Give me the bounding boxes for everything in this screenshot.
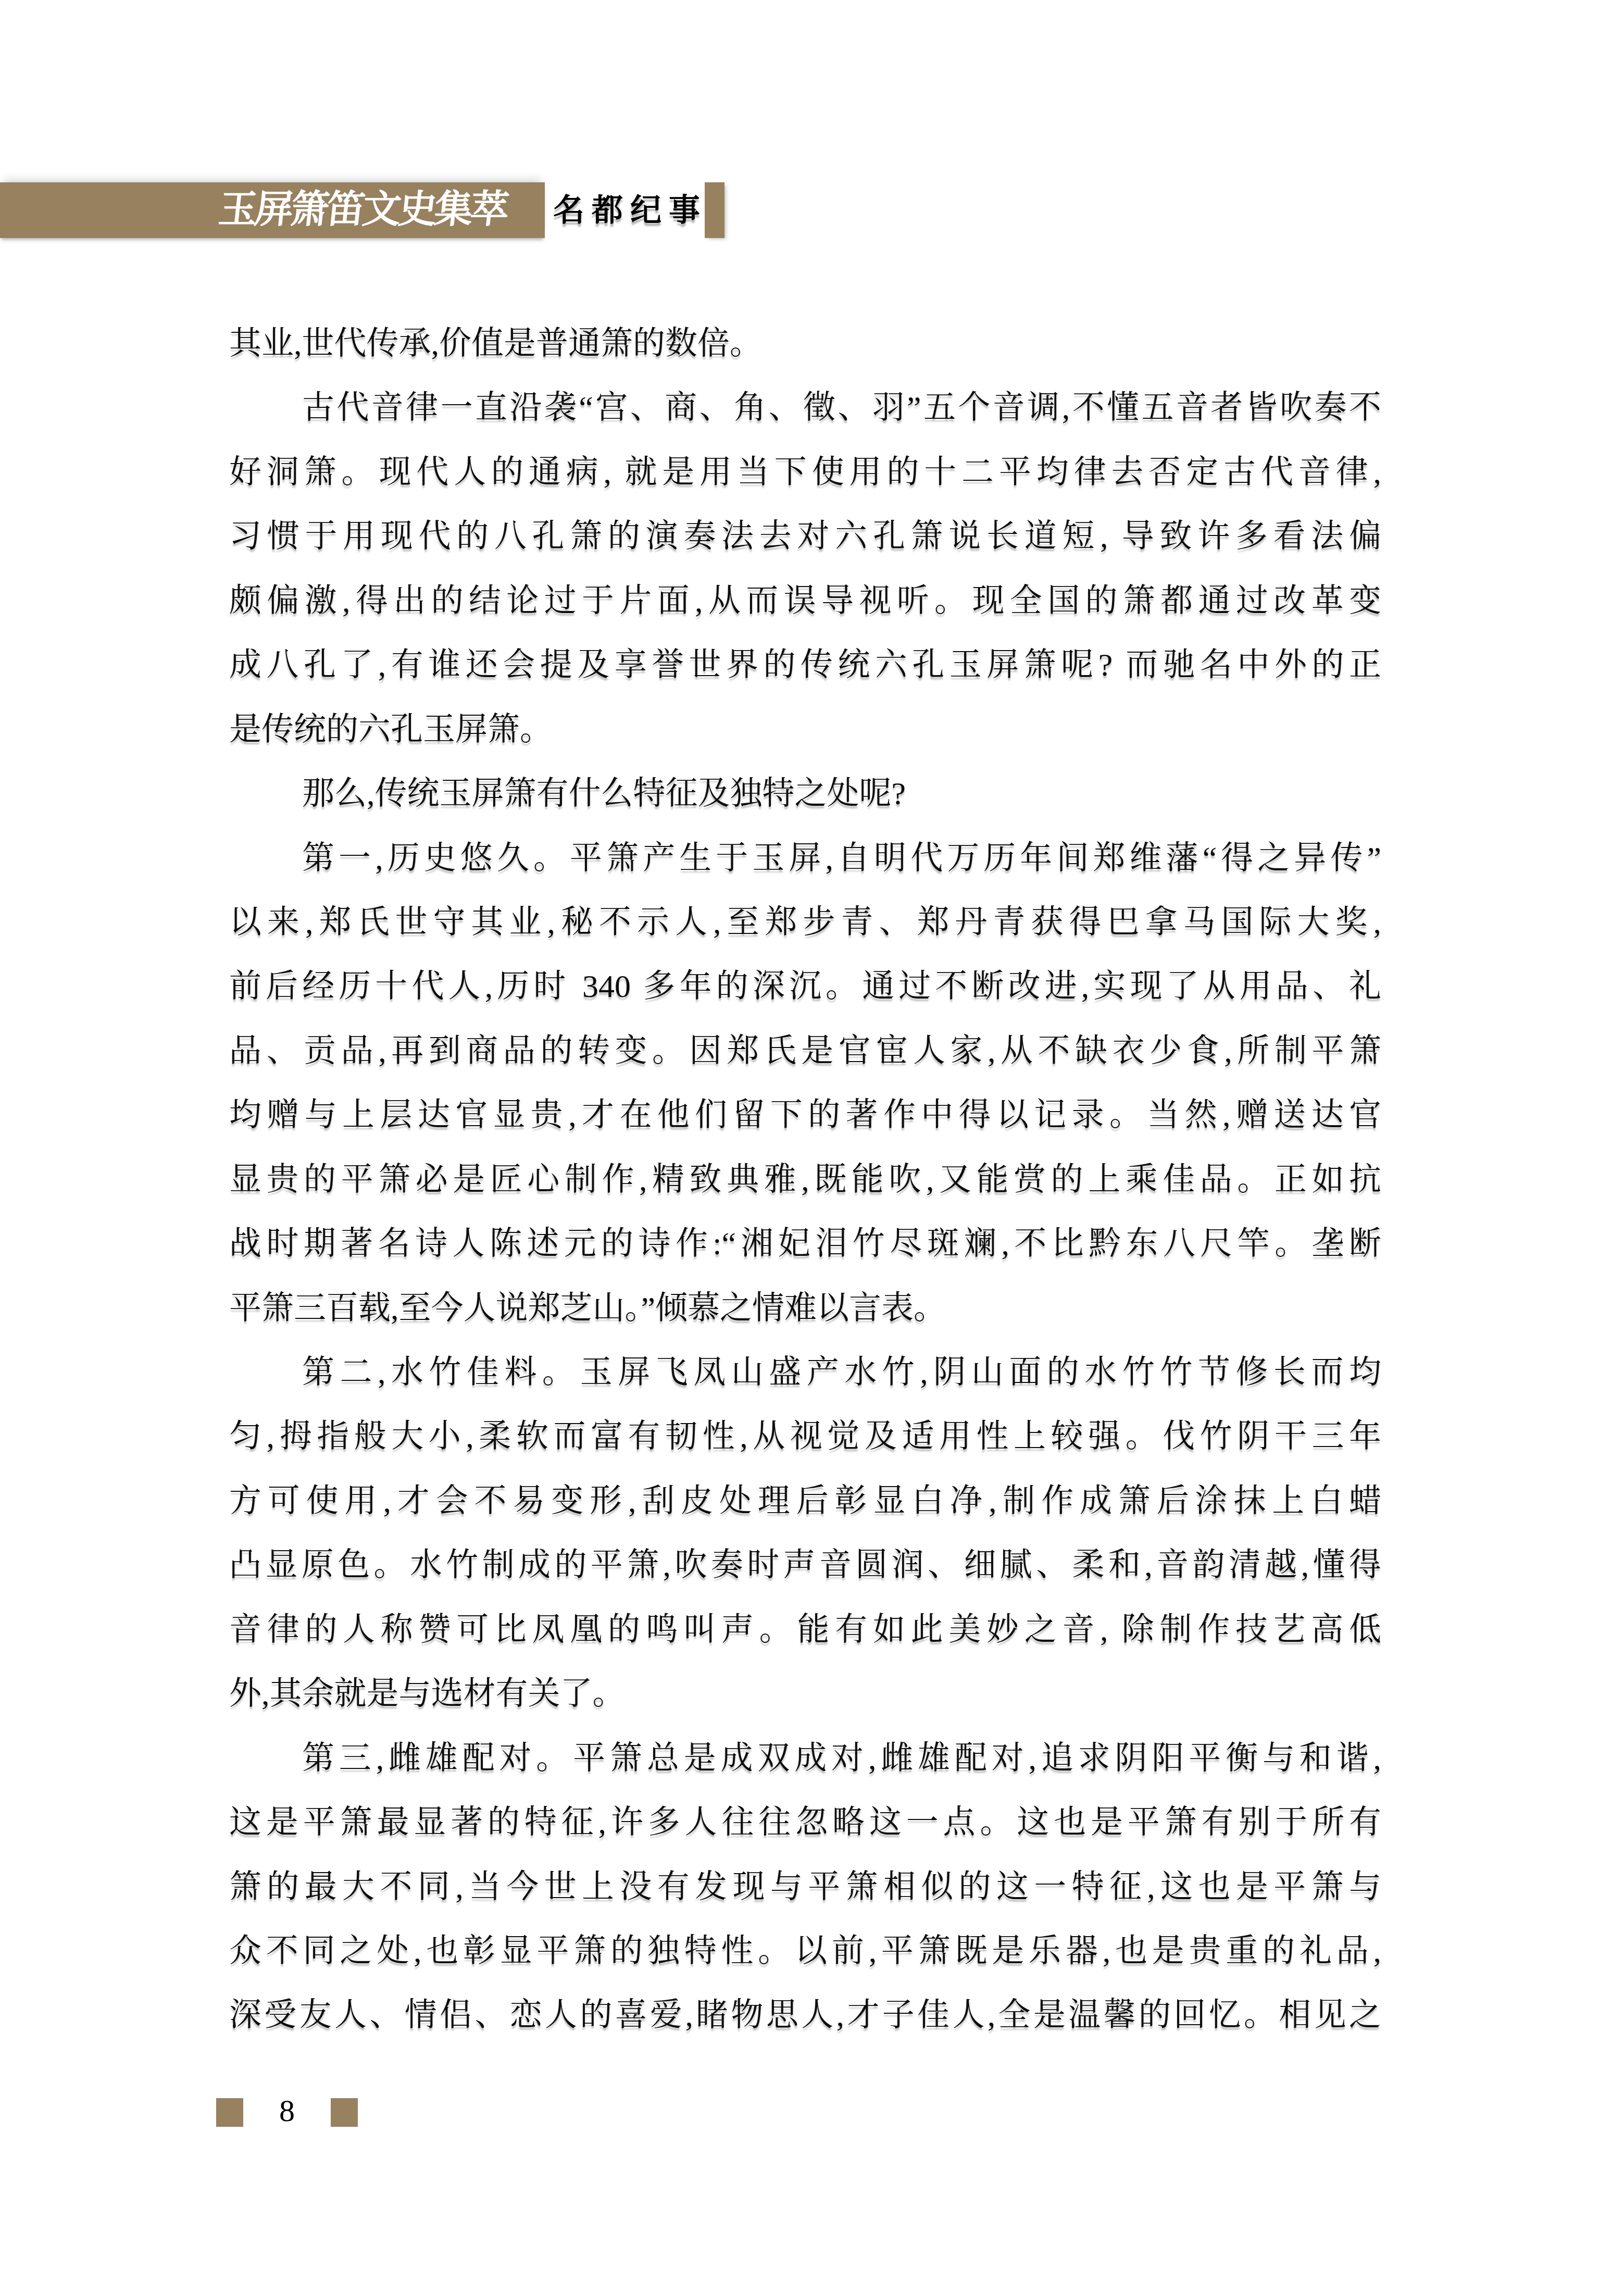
text-line: 成八孔了,有谁还会提及享誉世界的传统六孔玉屏箫呢? 而驰名中外的正 bbox=[229, 633, 1381, 697]
text-line: 是传统的六孔玉屏箫。 bbox=[229, 698, 1381, 762]
text-line: 平箫三百载,至今人说郑芝山。”倾慕之情难以言表。 bbox=[229, 1277, 1381, 1341]
text-line: 以来,郑氏世守其业,秘不示人,至郑步青、郑丹青获得巴拿马国际大奖, bbox=[229, 891, 1381, 955]
text-line: 音律的人称赞可比凤凰的鸣叫声。能有如此美妙之音, 除制作技艺高低 bbox=[229, 1598, 1381, 1662]
text-line: 箫的最大不同,当今世上没有发现与平箫相似的这一特征,这也是平箫与 bbox=[229, 1855, 1381, 1919]
book-page: 玉屏箫笛文史集萃 名都纪事 其业,世代传承,价值是普通箫的数倍。古代音律一直沿袭… bbox=[0, 0, 1624, 2269]
text-line: 第三,雌雄配对。平箫总是成双成对,雌雄配对,追求阴阳平衡与和谐, bbox=[229, 1727, 1381, 1791]
text-line: 战时期著名诗人陈述元的诗作:“湘妃泪竹尽斑斓,不比黔东八尺竿。垄断 bbox=[229, 1212, 1381, 1276]
footer-right-square bbox=[331, 2098, 358, 2127]
text-line: 显贵的平箫必是匠心制作,精致典雅,既能吹,又能赏的上乘佳品。正如抗 bbox=[229, 1148, 1381, 1212]
text-line: 这是平箫最显著的特征,许多人往往忽略这一点。这也是平箫有别于所有 bbox=[229, 1791, 1381, 1855]
text-line: 匀,拇指般大小,柔软而富有韧性,从视觉及适用性上较强。伐竹阴干三年 bbox=[229, 1405, 1381, 1469]
text-line: 第二,水竹佳料。玉屏飞凤山盛产水竹,阴山面的水竹竹节修长而均 bbox=[229, 1341, 1381, 1405]
header-series-label: 名都纪事 bbox=[553, 183, 707, 238]
text-line: 均赠与上层达官显贵,才在他们留下的著作中得以记录。当然,赠送达官 bbox=[229, 1083, 1381, 1148]
text-line: 颇偏激,得出的结论过于片面,从而误导视听。现全国的箫都通过改革变 bbox=[229, 569, 1381, 633]
header-accent-bar bbox=[705, 182, 724, 238]
text-line: 深受友人、情侣、恋人的喜爱,睹物思人,才子佳人,全是温馨的回忆。相见之 bbox=[229, 1984, 1381, 2048]
page-number: 8 bbox=[268, 2095, 306, 2126]
text-line: 其业,世代传承,价值是普通箫的数倍。 bbox=[229, 312, 1381, 376]
text-line: 凸显原色。水竹制成的平箫,吹奏时声音圆润、细腻、柔和,音韵清越,懂得 bbox=[229, 1534, 1381, 1598]
text-line: 外,其余就是与选材有关了。 bbox=[229, 1662, 1381, 1726]
text-line: 第一,历史悠久。平箫产生于玉屏,自明代万历年间郑维藩“得之异传” bbox=[229, 827, 1381, 891]
footer-left-square bbox=[216, 2098, 243, 2127]
text-line: 习惯于用现代的八孔箫的演奏法去对六孔箫说长道短, 导致许多看法偏 bbox=[229, 505, 1381, 569]
text-line: 前后经历十代人,历时 340 多年的深沉。通过不断改进,实现了从用品、礼 bbox=[229, 955, 1381, 1019]
text-line: 古代音律一直沿袭“宫、商、角、徵、羽”五个音调,不懂五音者皆吹奏不 bbox=[229, 376, 1381, 440]
text-line: 方可使用,才会不易变形,刮皮处理后彰显白净,制作成箫后涂抹上白蜡 bbox=[229, 1469, 1381, 1534]
text-line: 好洞箫。现代人的通病, 就是用当下使用的十二平均律去否定古代音律, bbox=[229, 441, 1381, 505]
text-line: 众不同之处,也彰显平箫的独特性。以前,平箫既是乐器,也是贵重的礼品, bbox=[229, 1919, 1381, 1984]
header-calligraphy-title: 玉屏箫笛文史集萃 bbox=[216, 182, 509, 238]
body-text: 其业,世代传承,价值是普通箫的数倍。古代音律一直沿袭“宫、商、角、徵、羽”五个音… bbox=[229, 312, 1381, 2048]
text-line: 那么,传统玉屏箫有什么特征及独特之处呢? bbox=[229, 762, 1381, 826]
text-line: 品、贡品,再到商品的转变。因郑氏是官宦人家,从不缺衣少食,所制平箫 bbox=[229, 1019, 1381, 1083]
